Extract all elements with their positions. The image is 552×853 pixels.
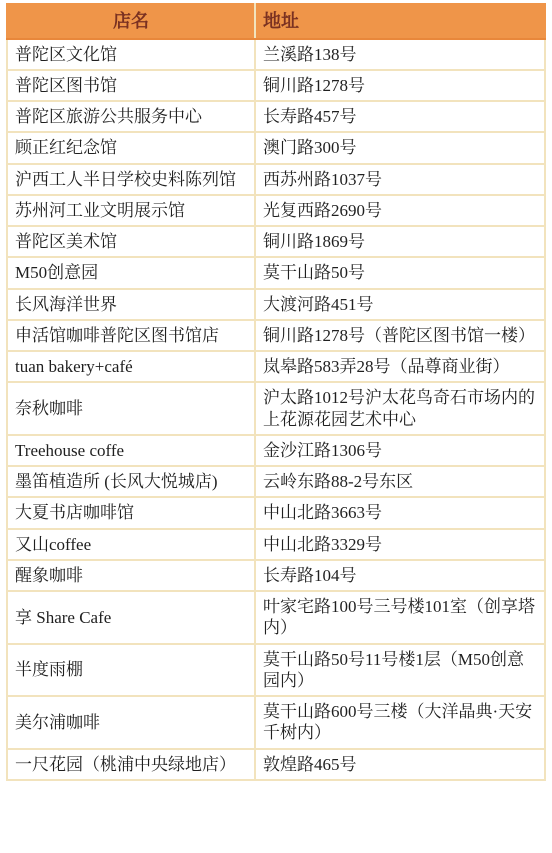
address-cell: 澳门路300号 xyxy=(255,132,545,163)
table-row: 一尺花园（桃浦中央绿地店）敦煌路465号 xyxy=(7,749,545,780)
address-cell: 西苏州路1037号 xyxy=(255,164,545,195)
shop-name-cell: 普陀区旅游公共服务中心 xyxy=(7,101,255,132)
table-row: 美尔浦咖啡莫干山路600号三楼（大洋晶典·天安千树内） xyxy=(7,696,545,749)
address-cell: 大渡河路451号 xyxy=(255,289,545,320)
shop-address-table-container: 店名 地址 普陀区文化馆兰溪路138号普陀区图书馆铜川路1278号普陀区旅游公共… xyxy=(0,0,552,789)
address-cell: 岚皋路583弄28号（品尊商业街） xyxy=(255,351,545,382)
address-cell: 光复西路2690号 xyxy=(255,195,545,226)
table-row: 顾正红纪念馆澳门路300号 xyxy=(7,132,545,163)
table-row: 享 Share Cafe叶家宅路100号三号楼101室（创享塔内） xyxy=(7,591,545,644)
table-body: 普陀区文化馆兰溪路138号普陀区图书馆铜川路1278号普陀区旅游公共服务中心长寿… xyxy=(7,39,545,780)
table-row: M50创意园莫干山路50号 xyxy=(7,257,545,288)
address-cell: 敦煌路465号 xyxy=(255,749,545,780)
shop-name-cell: 享 Share Cafe xyxy=(7,591,255,644)
shop-name-cell: 苏州河工业文明展示馆 xyxy=(7,195,255,226)
shop-name-cell: 奈秋咖啡 xyxy=(7,382,255,435)
table-row: 又山coffee中山北路3329号 xyxy=(7,529,545,560)
shop-address-table: 店名 地址 普陀区文化馆兰溪路138号普陀区图书馆铜川路1278号普陀区旅游公共… xyxy=(6,3,546,781)
table-row: 苏州河工业文明展示馆光复西路2690号 xyxy=(7,195,545,226)
table-row: 奈秋咖啡沪太路1012号沪太花鸟奇石市场内的上花源花园艺术中心 xyxy=(7,382,545,435)
address-cell: 中山北路3663号 xyxy=(255,497,545,528)
table-row: Treehouse coffe金沙江路1306号 xyxy=(7,435,545,466)
shop-name-cell: 美尔浦咖啡 xyxy=(7,696,255,749)
address-cell: 铜川路1278号（普陀区图书馆一楼） xyxy=(255,320,545,351)
address-cell: 莫干山路50号 xyxy=(255,257,545,288)
table-row: 普陀区图书馆铜川路1278号 xyxy=(7,70,545,101)
table-row: 半度雨棚莫干山路50号11号楼1层（M50创意园内） xyxy=(7,644,545,697)
address-cell: 莫干山路50号11号楼1层（M50创意园内） xyxy=(255,644,545,697)
shop-name-cell: 半度雨棚 xyxy=(7,644,255,697)
shop-name-cell: 墨笛植造所 (长风大悦城店) xyxy=(7,466,255,497)
table-row: 醒象咖啡长寿路104号 xyxy=(7,560,545,591)
address-cell: 兰溪路138号 xyxy=(255,39,545,70)
table-row: 普陀区文化馆兰溪路138号 xyxy=(7,39,545,70)
address-cell: 长寿路104号 xyxy=(255,560,545,591)
shop-name-cell: 普陀区文化馆 xyxy=(7,39,255,70)
shop-name-cell: M50创意园 xyxy=(7,257,255,288)
shop-name-cell: 申活馆咖啡普陀区图书馆店 xyxy=(7,320,255,351)
address-cell: 铜川路1278号 xyxy=(255,70,545,101)
address-cell: 叶家宅路100号三号楼101室（创享塔内） xyxy=(255,591,545,644)
address-cell: 云岭东路88-2号东区 xyxy=(255,466,545,497)
shop-name-cell: 又山coffee xyxy=(7,529,255,560)
table-header-row: 店名 地址 xyxy=(7,4,545,39)
address-cell: 长寿路457号 xyxy=(255,101,545,132)
table-row: tuan bakery+café岚皋路583弄28号（品尊商业街） xyxy=(7,351,545,382)
header-address: 地址 xyxy=(255,4,545,39)
table-row: 墨笛植造所 (长风大悦城店)云岭东路88-2号东区 xyxy=(7,466,545,497)
shop-name-cell: Treehouse coffe xyxy=(7,435,255,466)
address-cell: 莫干山路600号三楼（大洋晶典·天安千树内） xyxy=(255,696,545,749)
shop-name-cell: 一尺花园（桃浦中央绿地店） xyxy=(7,749,255,780)
table-row: 普陀区美术馆铜川路1869号 xyxy=(7,226,545,257)
table-row: 普陀区旅游公共服务中心长寿路457号 xyxy=(7,101,545,132)
address-cell: 中山北路3329号 xyxy=(255,529,545,560)
shop-name-cell: 普陀区美术馆 xyxy=(7,226,255,257)
shop-name-cell: 沪西工人半日学校史料陈列馆 xyxy=(7,164,255,195)
address-cell: 沪太路1012号沪太花鸟奇石市场内的上花源花园艺术中心 xyxy=(255,382,545,435)
table-row: 长风海洋世界大渡河路451号 xyxy=(7,289,545,320)
shop-name-cell: 顾正红纪念馆 xyxy=(7,132,255,163)
address-cell: 金沙江路1306号 xyxy=(255,435,545,466)
table-row: 沪西工人半日学校史料陈列馆西苏州路1037号 xyxy=(7,164,545,195)
address-cell: 铜川路1869号 xyxy=(255,226,545,257)
header-shop-name: 店名 xyxy=(7,4,255,39)
shop-name-cell: 普陀区图书馆 xyxy=(7,70,255,101)
table-row: 大夏书店咖啡馆中山北路3663号 xyxy=(7,497,545,528)
shop-name-cell: tuan bakery+café xyxy=(7,351,255,382)
shop-name-cell: 长风海洋世界 xyxy=(7,289,255,320)
table-row: 申活馆咖啡普陀区图书馆店铜川路1278号（普陀区图书馆一楼） xyxy=(7,320,545,351)
shop-name-cell: 大夏书店咖啡馆 xyxy=(7,497,255,528)
shop-name-cell: 醒象咖啡 xyxy=(7,560,255,591)
